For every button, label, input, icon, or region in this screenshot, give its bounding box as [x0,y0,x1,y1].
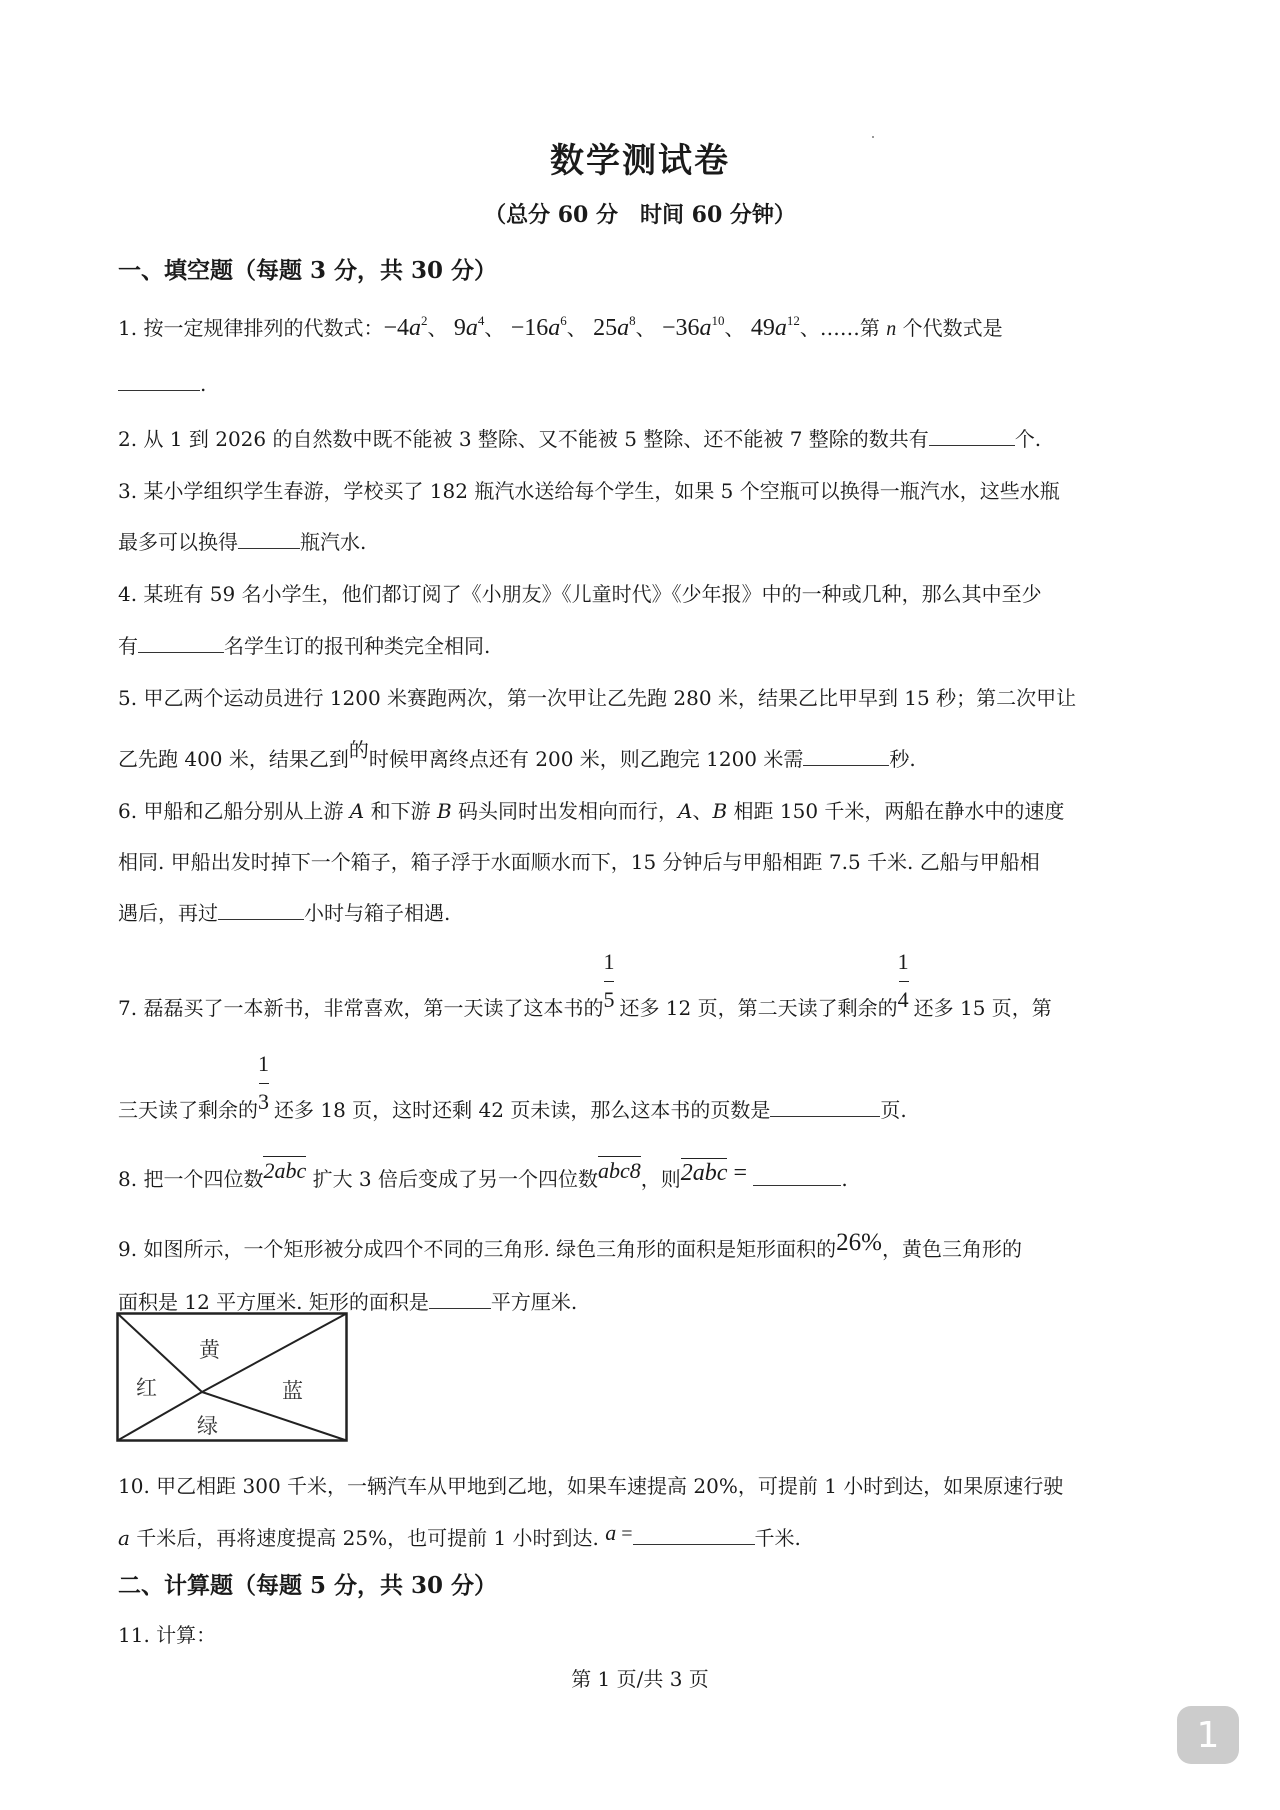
percent-26: 26% [836,1229,882,1256]
q1-term-1: −4a2 [383,315,427,341]
question-10: 10. 甲乙相距 300 千米，一辆汽车从甲地到乙地，如果车速提高 20%，可提… [118,1470,1063,1499]
question-1: 1. 按一定规律排列的代数式：−4a2、 9a4、 −16a6、 25a8、 −… [118,312,1003,342]
question-6-cont: 相同. 甲船出发时掉下一个箱子，箱子浮于水面顺水而下，15 分钟后与甲船相距 7… [118,846,1040,875]
exam-page: 数学测试卷 （总分 60 分 时间 60 分钟） 一、填空题（每题 3 分，共 … [0,0,1280,1810]
question-4: 4. 某班有 59 名小学生，他们都订阅了《小朋友》《儿童时代》《少年报》中的一… [118,578,1042,607]
page-title: 数学测试卷 [0,133,1280,182]
label-red: 红 [136,1372,157,1402]
question-9: 9. 如图所示，一个矩形被分成四个不同的三角形. 绿色三角形的面积是矩形面积的2… [118,1233,1022,1263]
number-abc8: abc8 [598,1156,641,1184]
question-3-cont: 最多可以换得瓶汽水. [118,526,366,555]
q4-answer-blank[interactable] [138,634,224,653]
section-calculation: 二、计算题（每题 5 分，共 30 分） [118,1567,497,1600]
q3-answer-blank[interactable] [238,530,300,549]
section-fill-in-blank: 一、填空题（每题 3 分，共 30 分） [118,252,497,285]
question-5-cont: 乙先跑 400 米，结果乙到的时候甲离终点还有 200 米，则乙跑完 1200 … [118,743,916,772]
question-2: 2. 从 1 到 2026 的自然数中既不能被 3 整除、又不能被 5 整除、还… [118,423,1041,452]
question-4-cont: 有名学生订的报刊种类完全相同. [118,630,490,659]
q8-answer-blank[interactable] [753,1167,841,1186]
page-footer: 第 1 页/共 3 页 [0,1663,1280,1692]
question-6: 6. 甲船和乙船分别从上游 A 和下游 B 码头同时出发相向而行，A、B 相距 … [118,795,1064,824]
question-7-cont: 三天读了剩余的13还多 18 页，这时还剩 42 页未读，那么这本书的页数是页. [118,1094,907,1123]
q1-term-4: 25a8 [593,315,636,341]
q1-term-3: −16a6 [511,315,567,341]
question-6-cont-2: 遇后，再过小时与箱子相遇. [118,897,450,926]
label-yellow: 黄 [199,1334,220,1364]
label-blue: 蓝 [282,1375,303,1405]
question-1-answer: . [118,372,206,396]
q1-answer-blank[interactable] [118,372,200,391]
question-11: 11. 计算： [118,1619,216,1648]
q7-answer-blank[interactable] [770,1098,880,1117]
fraction-1-3: 13 [258,1097,274,1123]
number-2abc-result: 2abc [681,1158,728,1187]
page-number-badge[interactable]: 1 [1177,1706,1239,1764]
q9-answer-blank[interactable] [429,1290,491,1309]
question-9-cont: 面积是 12 平方厘米. 矩形的面积是平方厘米. [118,1286,577,1315]
question-3: 3. 某小学组织学生春游，学校买了 182 瓶汽水送给每个学生，如果 5 个空瓶… [118,475,1060,504]
q1-term-2: 9a4 [454,315,485,341]
number-2abc: 2abc [263,1156,306,1184]
q5-answer-blank[interactable] [803,747,889,766]
question-8: 8. 把一个四位数2abc 扩大 3 倍后变成了另一个四位数abc8，则2abc… [118,1163,848,1193]
fraction-1-4: 14 [898,995,914,1021]
fraction-1-5: 15 [603,995,619,1021]
label-green: 绿 [197,1410,218,1440]
question-5: 5. 甲乙两个运动员进行 1200 米赛跑两次，第一次甲让乙先跑 280 米，结… [118,682,1076,711]
page-subtitle: （总分 60 分 时间 60 分钟） [0,198,1280,229]
q1-term-6: 49a12 [751,315,800,341]
q1-prefix: 1. 按一定规律排列的代数式： [118,316,383,340]
question-10-cont: a 千米后，再将速度提高 25%，也可提前 1 小时到达. a =千米. [118,1522,801,1551]
q6-answer-blank[interactable] [218,901,304,920]
question-7: 7. 磊磊买了一本新书，非常喜欢，第一天读了这本书的15还多 12 页，第二天读… [118,992,1052,1021]
q2-answer-blank[interactable] [929,427,1015,446]
q1-term-5: −36a10 [662,315,725,341]
q10-answer-blank[interactable] [633,1526,755,1545]
rectangle-triangle-diagram: 黄 红 蓝 绿 [116,1312,348,1446]
